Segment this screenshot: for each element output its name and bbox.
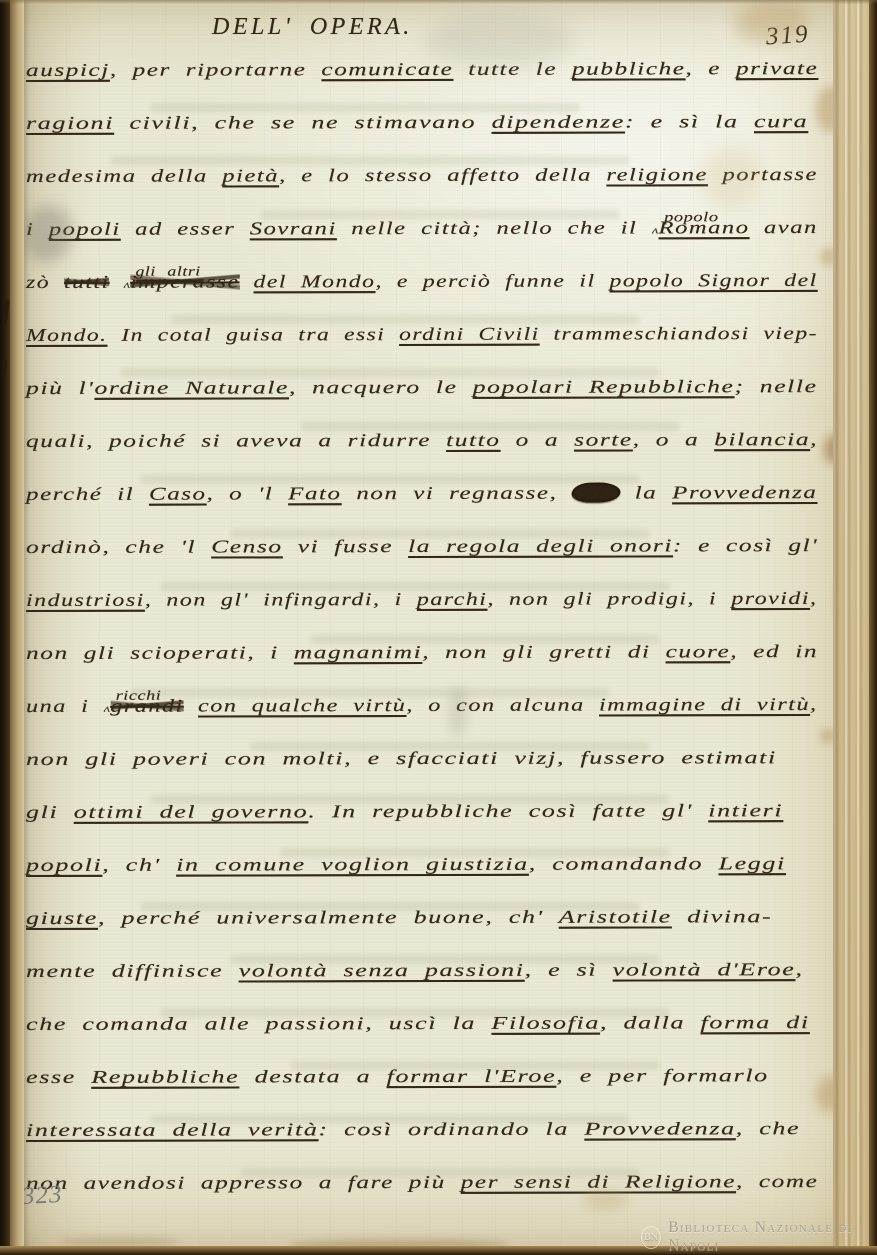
manuscript-line: i popoli ad esser Sovrani nelle città; n… [26,217,818,240]
manuscript-line: non gli poveri con molti, e sfacciati vi… [26,747,777,770]
manuscript-line: quali, poiché si aveva a ridurre tutto o… [26,429,818,452]
caret-mark-icon: ʌ [124,279,131,291]
inline-insertion: ʌricchigrandi [104,696,184,717]
caret-mark-icon: ʌ [652,224,659,236]
manuscript-line: giuste, perché universalmente buone, ch'… [26,906,772,929]
caret-mark-icon: ʌ [104,703,111,715]
manuscript-line: che comanda alle passioni, uscì la Filos… [26,1012,810,1035]
manuscript-line: Mondo. In cotal guisa tra essi ordini Ci… [26,323,818,346]
manuscript-line: gli ottimi del governo. In repubbliche c… [26,800,783,823]
inline-insertion: ʌpopoloRomano [652,217,750,238]
fore-edge-shadow [869,0,877,1255]
manuscript-line: ragioni civili, che se ne stimavano dipe… [26,111,808,134]
inserted-word: popolo [664,209,719,225]
inserted-word: ricchi [116,687,162,703]
manuscript-line: più l'ordine Naturale, nacquero le popol… [26,376,818,399]
library-watermark: BN Biblioteca Nazionale di Napoli [641,1219,877,1255]
manuscript-line: perché il Caso, o 'l Fato non vi regnass… [26,482,818,505]
manuscript-line: una i ʌricchigrandi con qualche virtù, o… [26,694,818,717]
manuscript-line: esse Repubbliche destata a formar l'Eroe… [26,1065,769,1088]
page-fore-edge [833,0,869,1255]
inserted-word: gli altri [135,263,200,279]
page-gutter [10,0,24,1255]
manuscript-lines: auspicj, per riportarne comunicate tutte… [0,0,877,1255]
book-binding-edge [0,0,10,1255]
top-page-edge [0,0,877,4]
manuscript-line: popoli, ch' in comune voglion giustizia,… [26,853,786,876]
manuscript-line: medesima della pietà, e lo stesso affett… [26,164,818,187]
manuscript-line: auspicj, per riportarne comunicate tutte… [26,58,818,81]
manuscript-line: zò tutti ʌgli altriimperasse del Mondo, … [26,270,818,293]
manuscript-line: non gli scioperati, i magnanimi, non gli… [26,641,818,664]
manuscript-line: non avendosi appresso a fare più per sen… [26,1171,819,1194]
manuscript-scan-page: DELL' OPERA. 319 auspicj, per riportarne… [0,0,877,1255]
library-monogram: BN [644,1232,658,1243]
library-logo-icon: BN [641,1226,661,1249]
manuscript-line: ordinò, che 'l Censo vi fusse la regola … [26,535,818,558]
inline-insertion: ʌgli altriimperasse [124,271,240,292]
watermark-label: Biblioteca Nazionale di Napoli [668,1219,877,1255]
manuscript-line: mente diffinisce volontà senza passioni,… [26,959,804,982]
manuscript-line: industriosi, non gl' infingardi, i parch… [26,588,818,611]
manuscript-line: interessata della verità: così ordinando… [26,1118,800,1141]
pencil-folio-number: 323 [21,1181,63,1211]
